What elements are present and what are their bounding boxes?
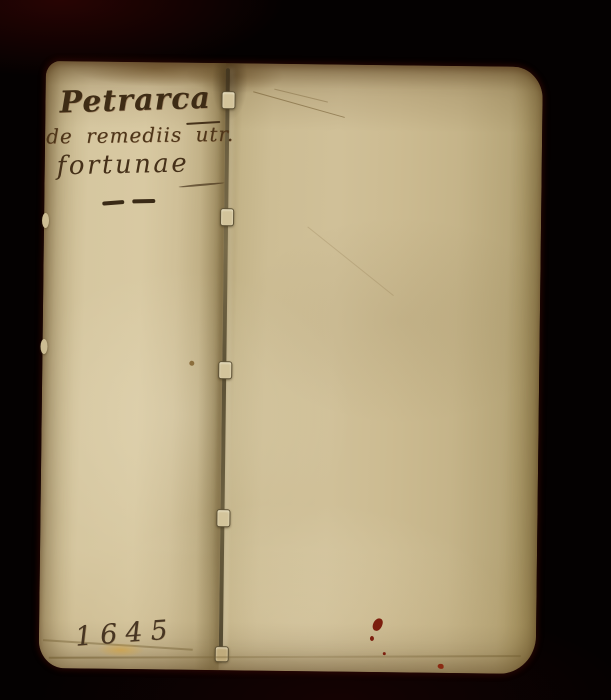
book-photo-background: Petrarca de remediis utr. fortunae 1645: [0, 0, 611, 700]
sewing-tacket: [218, 361, 232, 379]
red-ink-spot: [438, 664, 444, 669]
sewing-tacket: [221, 91, 235, 109]
brown-stain-dot: [189, 361, 194, 366]
spine-title-author: Petrarca: [59, 81, 211, 121]
sewing-tacket: [220, 208, 234, 226]
red-ink-spot: [370, 636, 374, 641]
spine-title-line3: fortunae: [56, 148, 189, 181]
sewing-tacket: [216, 509, 230, 527]
sewing-tacket: [215, 646, 229, 662]
ink-dash-mark: [132, 199, 155, 203]
red-ink-spot: [383, 652, 386, 655]
spine-title-line2: de remediis utr.: [46, 122, 234, 149]
vellum-book-cover: Petrarca de remediis utr. fortunae 1645: [39, 61, 543, 674]
